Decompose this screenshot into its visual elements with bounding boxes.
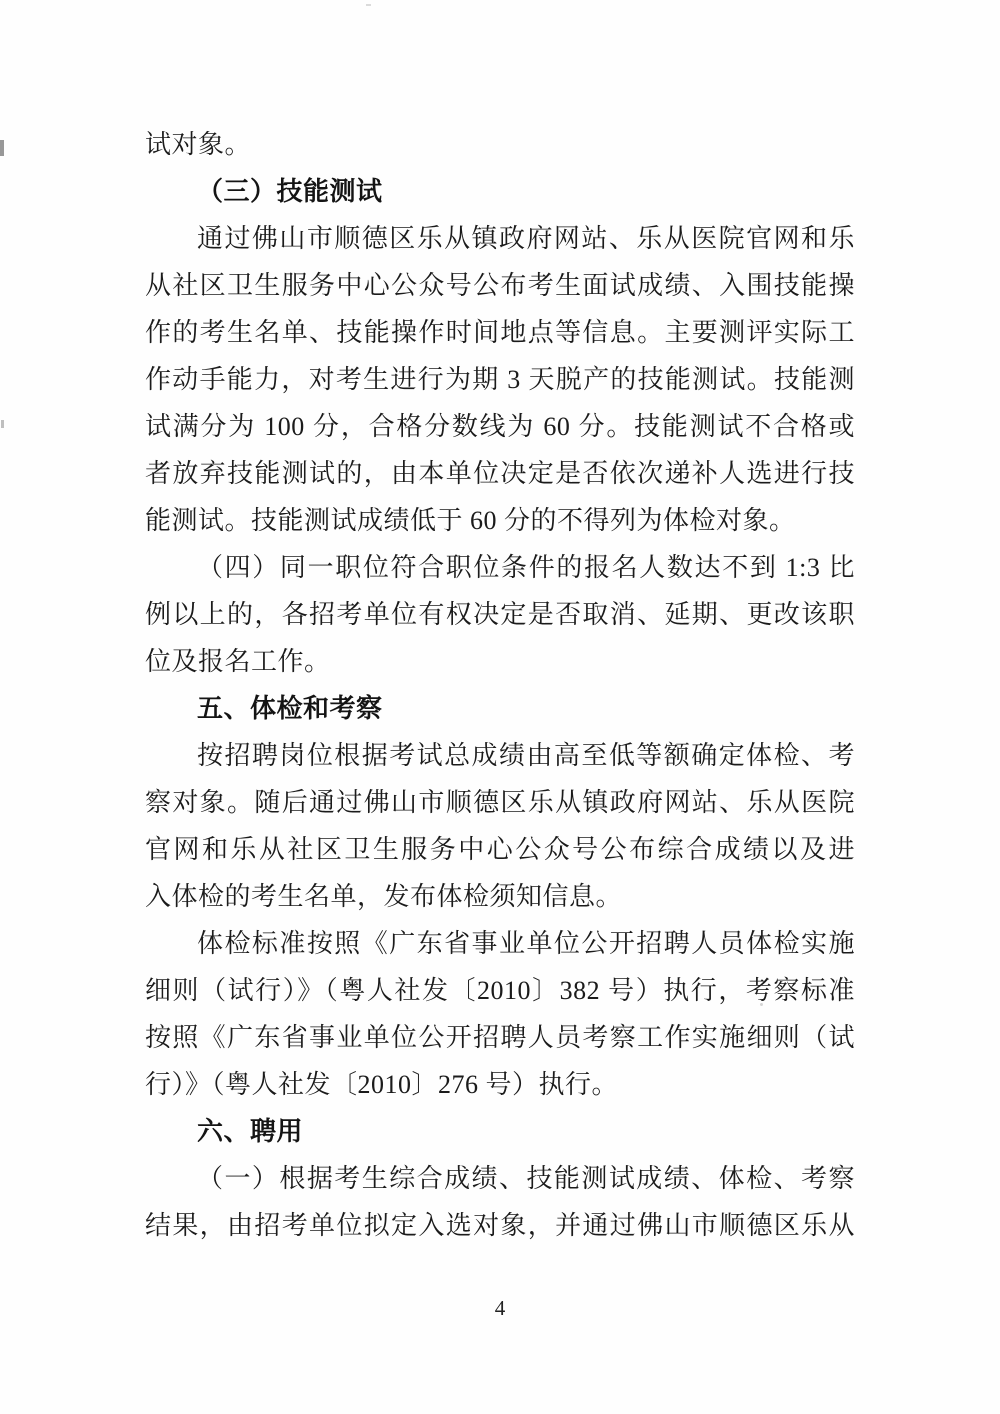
- scan-artifact: [366, 4, 371, 6]
- text-line: 试满分为 100 分，合格分数线为 60 分。技能测试不合格或: [145, 403, 855, 450]
- text-line: 能测试。技能测试成绩低于 60 分的不得列为体检对象。: [145, 497, 855, 544]
- document-page: 试对象。（三）技能测试通过佛山市顺德区乐从镇政府网站、乐从医院官网和乐从社区卫生…: [0, 0, 1000, 1414]
- section-heading: （三）技能测试: [145, 168, 855, 215]
- page-number: 4: [0, 1293, 1000, 1323]
- text-line: 通过佛山市顺德区乐从镇政府网站、乐从医院官网和乐: [145, 215, 855, 262]
- text-line: 从社区卫生服务中心公众号公布考生面试成绩、入围技能操: [145, 262, 855, 309]
- text-line: （一）根据考生综合成绩、技能测试成绩、体检、考察: [145, 1155, 855, 1202]
- text-line: 试对象。: [145, 121, 855, 168]
- scan-artifact: [0, 140, 4, 156]
- text-line: 作动手能力，对考生进行为期 3 天脱产的技能测试。技能测: [145, 356, 855, 403]
- text-line: 入体检的考生名单，发布体检须知信息。: [145, 873, 855, 920]
- text-line: 官网和乐从社区卫生服务中心公众号公布综合成绩以及进: [145, 826, 855, 873]
- text-line: 作的考生名单、技能操作时间地点等信息。主要测评实际工: [145, 309, 855, 356]
- text-line: 例以上的，各招考单位有权决定是否取消、延期、更改该职: [145, 591, 855, 638]
- text-line: 细则（试行）》（粤人社发〔2010〕382 号）执行，考察标准: [145, 967, 855, 1014]
- text-line: 按照《广东省事业单位公开招聘人员考察工作实施细则（试: [145, 1014, 855, 1061]
- scan-artifact: [1, 420, 4, 428]
- document-lines: 试对象。（三）技能测试通过佛山市顺德区乐从镇政府网站、乐从医院官网和乐从社区卫生…: [145, 121, 855, 1249]
- section-heading: 五、体检和考察: [145, 685, 855, 732]
- text-line: 体检标准按照《广东省事业单位公开招聘人员体检实施: [145, 920, 855, 967]
- text-line: 位及报名工作。: [145, 638, 855, 685]
- text-line: （四）同一职位符合职位条件的报名人数达不到 1:3 比: [145, 544, 855, 591]
- text-line: 察对象。随后通过佛山市顺德区乐从镇政府网站、乐从医院: [145, 779, 855, 826]
- text-line: 结果，由招考单位拟定入选对象，并通过佛山市顺德区乐从: [145, 1202, 855, 1249]
- section-heading: 六、聘用: [145, 1108, 855, 1155]
- text-line: 行）》（粤人社发〔2010〕276 号）执行。: [145, 1061, 855, 1108]
- text-line: 者放弃技能测试的，由本单位决定是否依次递补人选进行技: [145, 450, 855, 497]
- text-line: 按招聘岗位根据考试总成绩由高至低等额确定体检、考: [145, 732, 855, 779]
